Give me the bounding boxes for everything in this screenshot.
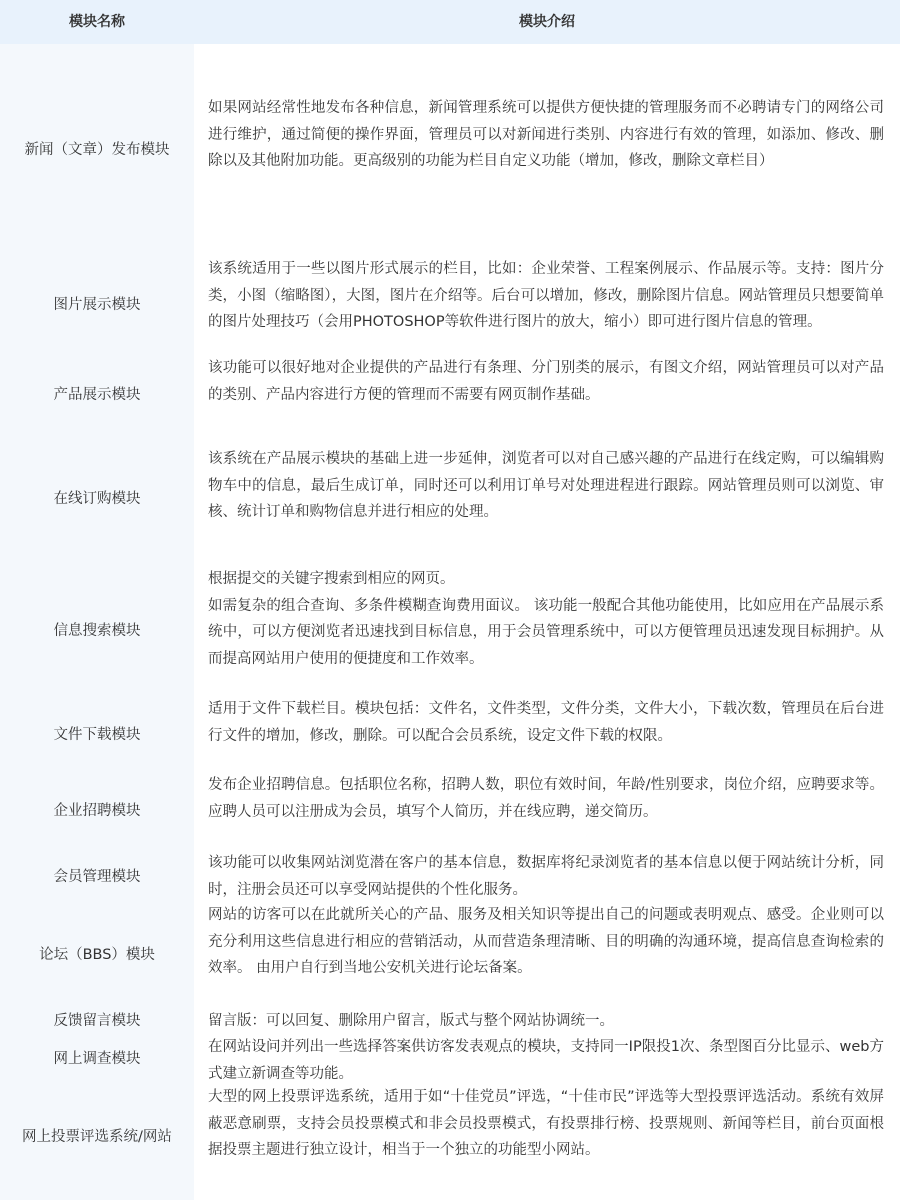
- module-name: 产品展示模块: [0, 355, 194, 435]
- module-name: 文件下载模块: [0, 696, 194, 774]
- module-desc: 该功能可以收集网站浏览潜在客户的基本信息，数据库将纪录浏览者的基本信息以便于网站…: [208, 850, 884, 903]
- module-name: 反馈留言模块: [0, 1008, 194, 1034]
- table-row: 产品展示模块 该功能可以很好地对企业提供的产品进行有条理、分门别类的展示，有图文…: [0, 355, 900, 435]
- module-name: 图片展示模块: [0, 256, 194, 353]
- module-desc: 根据提交的关键字搜索到相应的网页。 如需复杂的组合查询、多条件模糊查询费用面议。…: [208, 566, 884, 672]
- table-header: 模块名称 模块介绍: [0, 0, 900, 44]
- desc-text: 如果网站经常性地发布各种信息，新闻管理系统可以提供方便快捷的管理服务而不必聘请专…: [208, 95, 884, 175]
- module-name: 网上投票评选系统/网站: [0, 1084, 194, 1190]
- module-desc: 发布企业招聘信息。包括职位名称，招聘人数，职位有效时间，年龄/性别要求，岗位介绍…: [208, 772, 884, 825]
- desc-text: 该系统在产品展示模块的基础上进一步延伸，浏览者可以对自己感兴趣的产品进行在线定购…: [208, 446, 884, 526]
- module-desc: 网站的访客可以在此就所关心的产品、服务及相关知识等提出自己的问题或表明观点、感受…: [208, 902, 884, 982]
- table-row: 网上投票评选系统/网站 大型的网上投票评选系统，适用于如“十佳党员”评选，“十佳…: [0, 1084, 900, 1190]
- table-row: 图片展示模块 该系统适用于一些以图片形式展示的栏目，比如：企业荣誉、工程案例展示…: [0, 256, 900, 353]
- module-desc: 留言版：可以回复、删除用户留言，版式与整个网站协调统一。: [208, 1008, 884, 1035]
- desc-text: 发布企业招聘信息。包括职位名称，招聘人数，职位有效时间，年龄/性别要求，岗位介绍…: [208, 772, 884, 825]
- table-row: 网上调查模块 在网站设问并列出一些选择答案供访客发表观点的模块，支持同一IP限投…: [0, 1034, 900, 1084]
- module-name: 企业招聘模块: [0, 772, 194, 850]
- table-row: 信息搜索模块 根据提交的关键字搜索到相应的网页。 如需复杂的组合查询、多条件模糊…: [0, 566, 900, 696]
- desc-text: 网站的访客可以在此就所关心的产品、服务及相关知识等提出自己的问题或表明观点、感受…: [208, 902, 884, 982]
- module-desc: 该系统适用于一些以图片形式展示的栏目，比如：企业荣誉、工程案例展示、作品展示等。…: [208, 256, 884, 336]
- module-desc: 适用于文件下载栏目。模块包括：文件名，文件类型，文件分类，文件大小，下载次数，管…: [208, 696, 884, 749]
- module-desc: 大型的网上投票评选系统，适用于如“十佳党员”评选，“十佳市民”评选等大型投票评选…: [208, 1084, 884, 1164]
- module-table: 模块名称 模块介绍 新闻（文章）发布模块 如果网站经常性地发布各种信息，新闻管理…: [0, 0, 900, 1200]
- desc-text: 该功能可以收集网站浏览潜在客户的基本信息，数据库将纪录浏览者的基本信息以便于网站…: [208, 850, 884, 903]
- desc-text: 根据提交的关键字搜索到相应的网页。: [208, 566, 884, 593]
- table-row: 论坛（BBS）模块 网站的访客可以在此就所关心的产品、服务及相关知识等提出自己的…: [0, 902, 900, 1008]
- header-module-intro: 模块介绍: [194, 0, 900, 44]
- module-name: 会员管理模块: [0, 850, 194, 903]
- table-row: 反馈留言模块 留言版：可以回复、删除用户留言，版式与整个网站协调统一。: [0, 1008, 900, 1034]
- table-row: 企业招聘模块 发布企业招聘信息。包括职位名称，招聘人数，职位有效时间，年龄/性别…: [0, 772, 900, 850]
- desc-text: 适用于文件下载栏目。模块包括：文件名，文件类型，文件分类，文件大小，下载次数，管…: [208, 696, 884, 749]
- table-row: 新闻（文章）发布模块 如果网站经常性地发布各种信息，新闻管理系统可以提供方便快捷…: [0, 95, 900, 205]
- table-row: 在线订购模块 该系统在产品展示模块的基础上进一步延伸，浏览者可以对自己感兴趣的产…: [0, 446, 900, 552]
- module-desc: 如果网站经常性地发布各种信息，新闻管理系统可以提供方便快捷的管理服务而不必聘请专…: [208, 95, 884, 175]
- table-row: 会员管理模块 该功能可以收集网站浏览潜在客户的基本信息，数据库将纪录浏览者的基本…: [0, 850, 900, 903]
- desc-text: 该系统适用于一些以图片形式展示的栏目，比如：企业荣誉、工程案例展示、作品展示等。…: [208, 256, 884, 336]
- module-desc: 在网站设问并列出一些选择答案供访客发表观点的模块，支持同一IP限投1次、条型图百…: [208, 1034, 884, 1087]
- table-row: 文件下载模块 适用于文件下载栏目。模块包括：文件名，文件类型，文件分类，文件大小…: [0, 696, 900, 774]
- module-name: 论坛（BBS）模块: [0, 902, 194, 1008]
- desc-text: 留言版：可以回复、删除用户留言，版式与整个网站协调统一。: [208, 1008, 884, 1035]
- desc-text: 大型的网上投票评选系统，适用于如“十佳党员”评选，“十佳市民”评选等大型投票评选…: [208, 1084, 884, 1164]
- module-name: 网上调查模块: [0, 1034, 194, 1084]
- module-name: 信息搜索模块: [0, 566, 194, 696]
- desc-text: 在网站设问并列出一些选择答案供访客发表观点的模块，支持同一IP限投1次、条型图百…: [208, 1034, 884, 1087]
- header-module-name: 模块名称: [0, 0, 194, 44]
- module-desc: 该系统在产品展示模块的基础上进一步延伸，浏览者可以对自己感兴趣的产品进行在线定购…: [208, 446, 884, 526]
- desc-text: 该功能可以很好地对企业提供的产品进行有条理、分门别类的展示，有图文介绍，网站管理…: [208, 355, 884, 408]
- desc-text: 如需复杂的组合查询、多条件模糊查询费用面议。 该功能一般配合其他功能使用，比如应…: [208, 593, 884, 673]
- module-name: 在线订购模块: [0, 446, 194, 552]
- module-name: 新闻（文章）发布模块: [0, 95, 194, 205]
- module-desc: 该功能可以很好地对企业提供的产品进行有条理、分门别类的展示，有图文介绍，网站管理…: [208, 355, 884, 408]
